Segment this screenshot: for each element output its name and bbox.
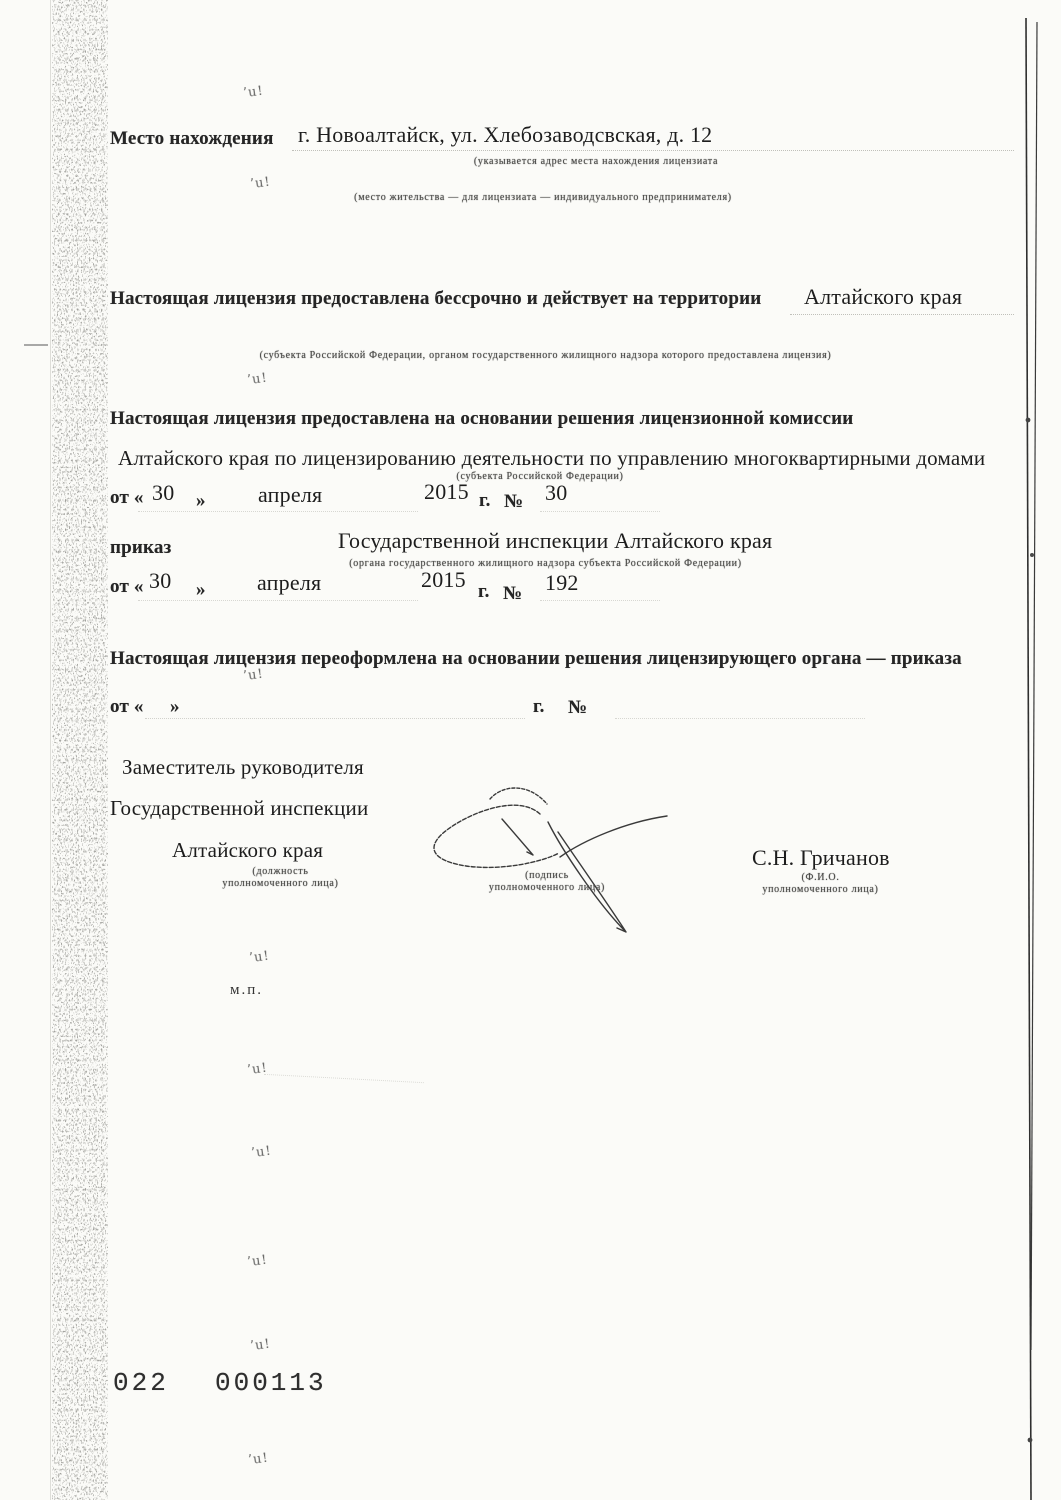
basis-date-underline bbox=[138, 511, 418, 512]
location-label: Место нахождения bbox=[110, 128, 274, 150]
reissue-number-sign: № bbox=[568, 697, 587, 719]
signature-hint: (подпись уполномоченного лица) bbox=[452, 870, 642, 894]
bleed-mark: ʼu! bbox=[250, 1144, 273, 1162]
reissue-date-from: от « bbox=[110, 696, 144, 718]
validity-underline bbox=[790, 314, 1014, 315]
order-label: приказ bbox=[110, 537, 171, 559]
serial-number: 000113 bbox=[215, 1368, 327, 1398]
basis-date-day: 30 bbox=[152, 480, 174, 506]
basis-date-year: 2015 bbox=[424, 479, 469, 505]
scan-noise-band bbox=[52, 0, 108, 1500]
signer-position-line2: Государственной инспекции bbox=[110, 796, 368, 821]
validity-hint: (субъекта Российской Федерации, органом … bbox=[183, 350, 908, 362]
reissue-year-suffix: г. bbox=[533, 696, 545, 718]
location-value: г. Новоалтайск, ул. Хлебозаводсвская, д.… bbox=[298, 122, 712, 148]
validity-region-value: Алтайского края bbox=[804, 284, 962, 310]
basis-date-number: 30 bbox=[545, 480, 567, 506]
bleed-mark: ʼu! bbox=[249, 1337, 272, 1355]
basis-text-line1: Настоящая лицензия предоставлена на осно… bbox=[110, 408, 853, 430]
bleed-mark: ʼu! bbox=[246, 1061, 269, 1079]
bleed-mark: ʼu! bbox=[246, 1253, 269, 1271]
order-date-month: апреля bbox=[257, 570, 321, 596]
order-date-year: 2015 bbox=[421, 567, 466, 593]
order-date-quote-close: » bbox=[196, 579, 206, 601]
signature bbox=[420, 772, 680, 947]
scan-edge-line bbox=[50, 0, 51, 1500]
name-hint: (Ф.И.О. уполномоченного лица) bbox=[738, 872, 903, 896]
reissue-date-quote-close: » bbox=[170, 696, 180, 718]
basis-date-from: от « bbox=[110, 487, 144, 509]
seal-place-label: м.п. bbox=[230, 982, 263, 999]
signer-position-line1: Заместитель руководителя bbox=[122, 755, 364, 780]
order-date-underline bbox=[138, 600, 418, 601]
order-date-number: 192 bbox=[545, 570, 579, 596]
bleed-mark: ʼu! bbox=[247, 1451, 270, 1469]
bleed-mark: ʼu! bbox=[249, 175, 272, 193]
serial-series: 022 bbox=[113, 1368, 169, 1398]
margin-dash-artifact bbox=[24, 344, 48, 346]
signer-position-line3: Алтайского края bbox=[172, 838, 323, 863]
scan-squiggle-artifact bbox=[264, 1074, 424, 1083]
position-hint-line1: (должность bbox=[252, 866, 308, 877]
bleed-mark: ʼu! bbox=[242, 84, 265, 102]
page-edge-lines bbox=[0, 0, 1061, 1500]
basis-date-number-sign: № bbox=[504, 491, 523, 513]
location-hint-2: (место жительства — для лицензиата — инд… bbox=[308, 192, 778, 204]
scanned-license-page: ʼu! ʼu! ʼu! ʼu! ʼu! ʼu! ʼu! ʼu! ʼu! ʼu! … bbox=[0, 0, 1061, 1500]
signature-hint-line2: уполномоченного лица) bbox=[489, 882, 605, 893]
validity-text: Настоящая лицензия предоставлена бессроч… bbox=[110, 288, 761, 310]
order-number-underline bbox=[540, 600, 660, 601]
position-hint-line2: уполномоченного лица) bbox=[222, 878, 338, 889]
reissue-number-underline bbox=[615, 718, 865, 719]
location-hint-1: (указывается адрес места нахождения лице… bbox=[400, 156, 792, 168]
basis-number-underline bbox=[540, 511, 660, 512]
order-date-from: от « bbox=[110, 576, 144, 598]
order-date-day: 30 bbox=[149, 568, 171, 594]
reissue-text: Настоящая лицензия переоформлена на осно… bbox=[110, 648, 962, 670]
reissue-date-underline bbox=[145, 718, 525, 719]
order-value: Государственной инспекции Алтайского кра… bbox=[338, 528, 772, 554]
signer-name: С.Н. Гричанов bbox=[752, 845, 890, 871]
basis-date-month: апреля bbox=[258, 482, 322, 508]
signature-hint-line1: (подпись bbox=[525, 870, 569, 881]
bleed-mark: ʼu! bbox=[248, 949, 271, 967]
name-hint-line2: уполномоченного лица) bbox=[762, 884, 878, 895]
location-underline bbox=[292, 150, 1014, 151]
basis-text-line2: Алтайского края по лицензированию деятел… bbox=[118, 446, 985, 471]
bleed-mark: ʼu! bbox=[246, 371, 269, 389]
position-hint: (должность уполномоченного лица) bbox=[168, 866, 393, 890]
basis-date-year-suffix: г. bbox=[479, 490, 491, 512]
order-date-year-suffix: г. bbox=[478, 581, 490, 603]
order-date-number-sign: № bbox=[503, 583, 522, 605]
basis-date-quote-close: » bbox=[196, 490, 206, 512]
order-hint: (органа государственного жилищного надзо… bbox=[298, 558, 793, 570]
name-hint-line1: (Ф.И.О. bbox=[801, 872, 839, 883]
